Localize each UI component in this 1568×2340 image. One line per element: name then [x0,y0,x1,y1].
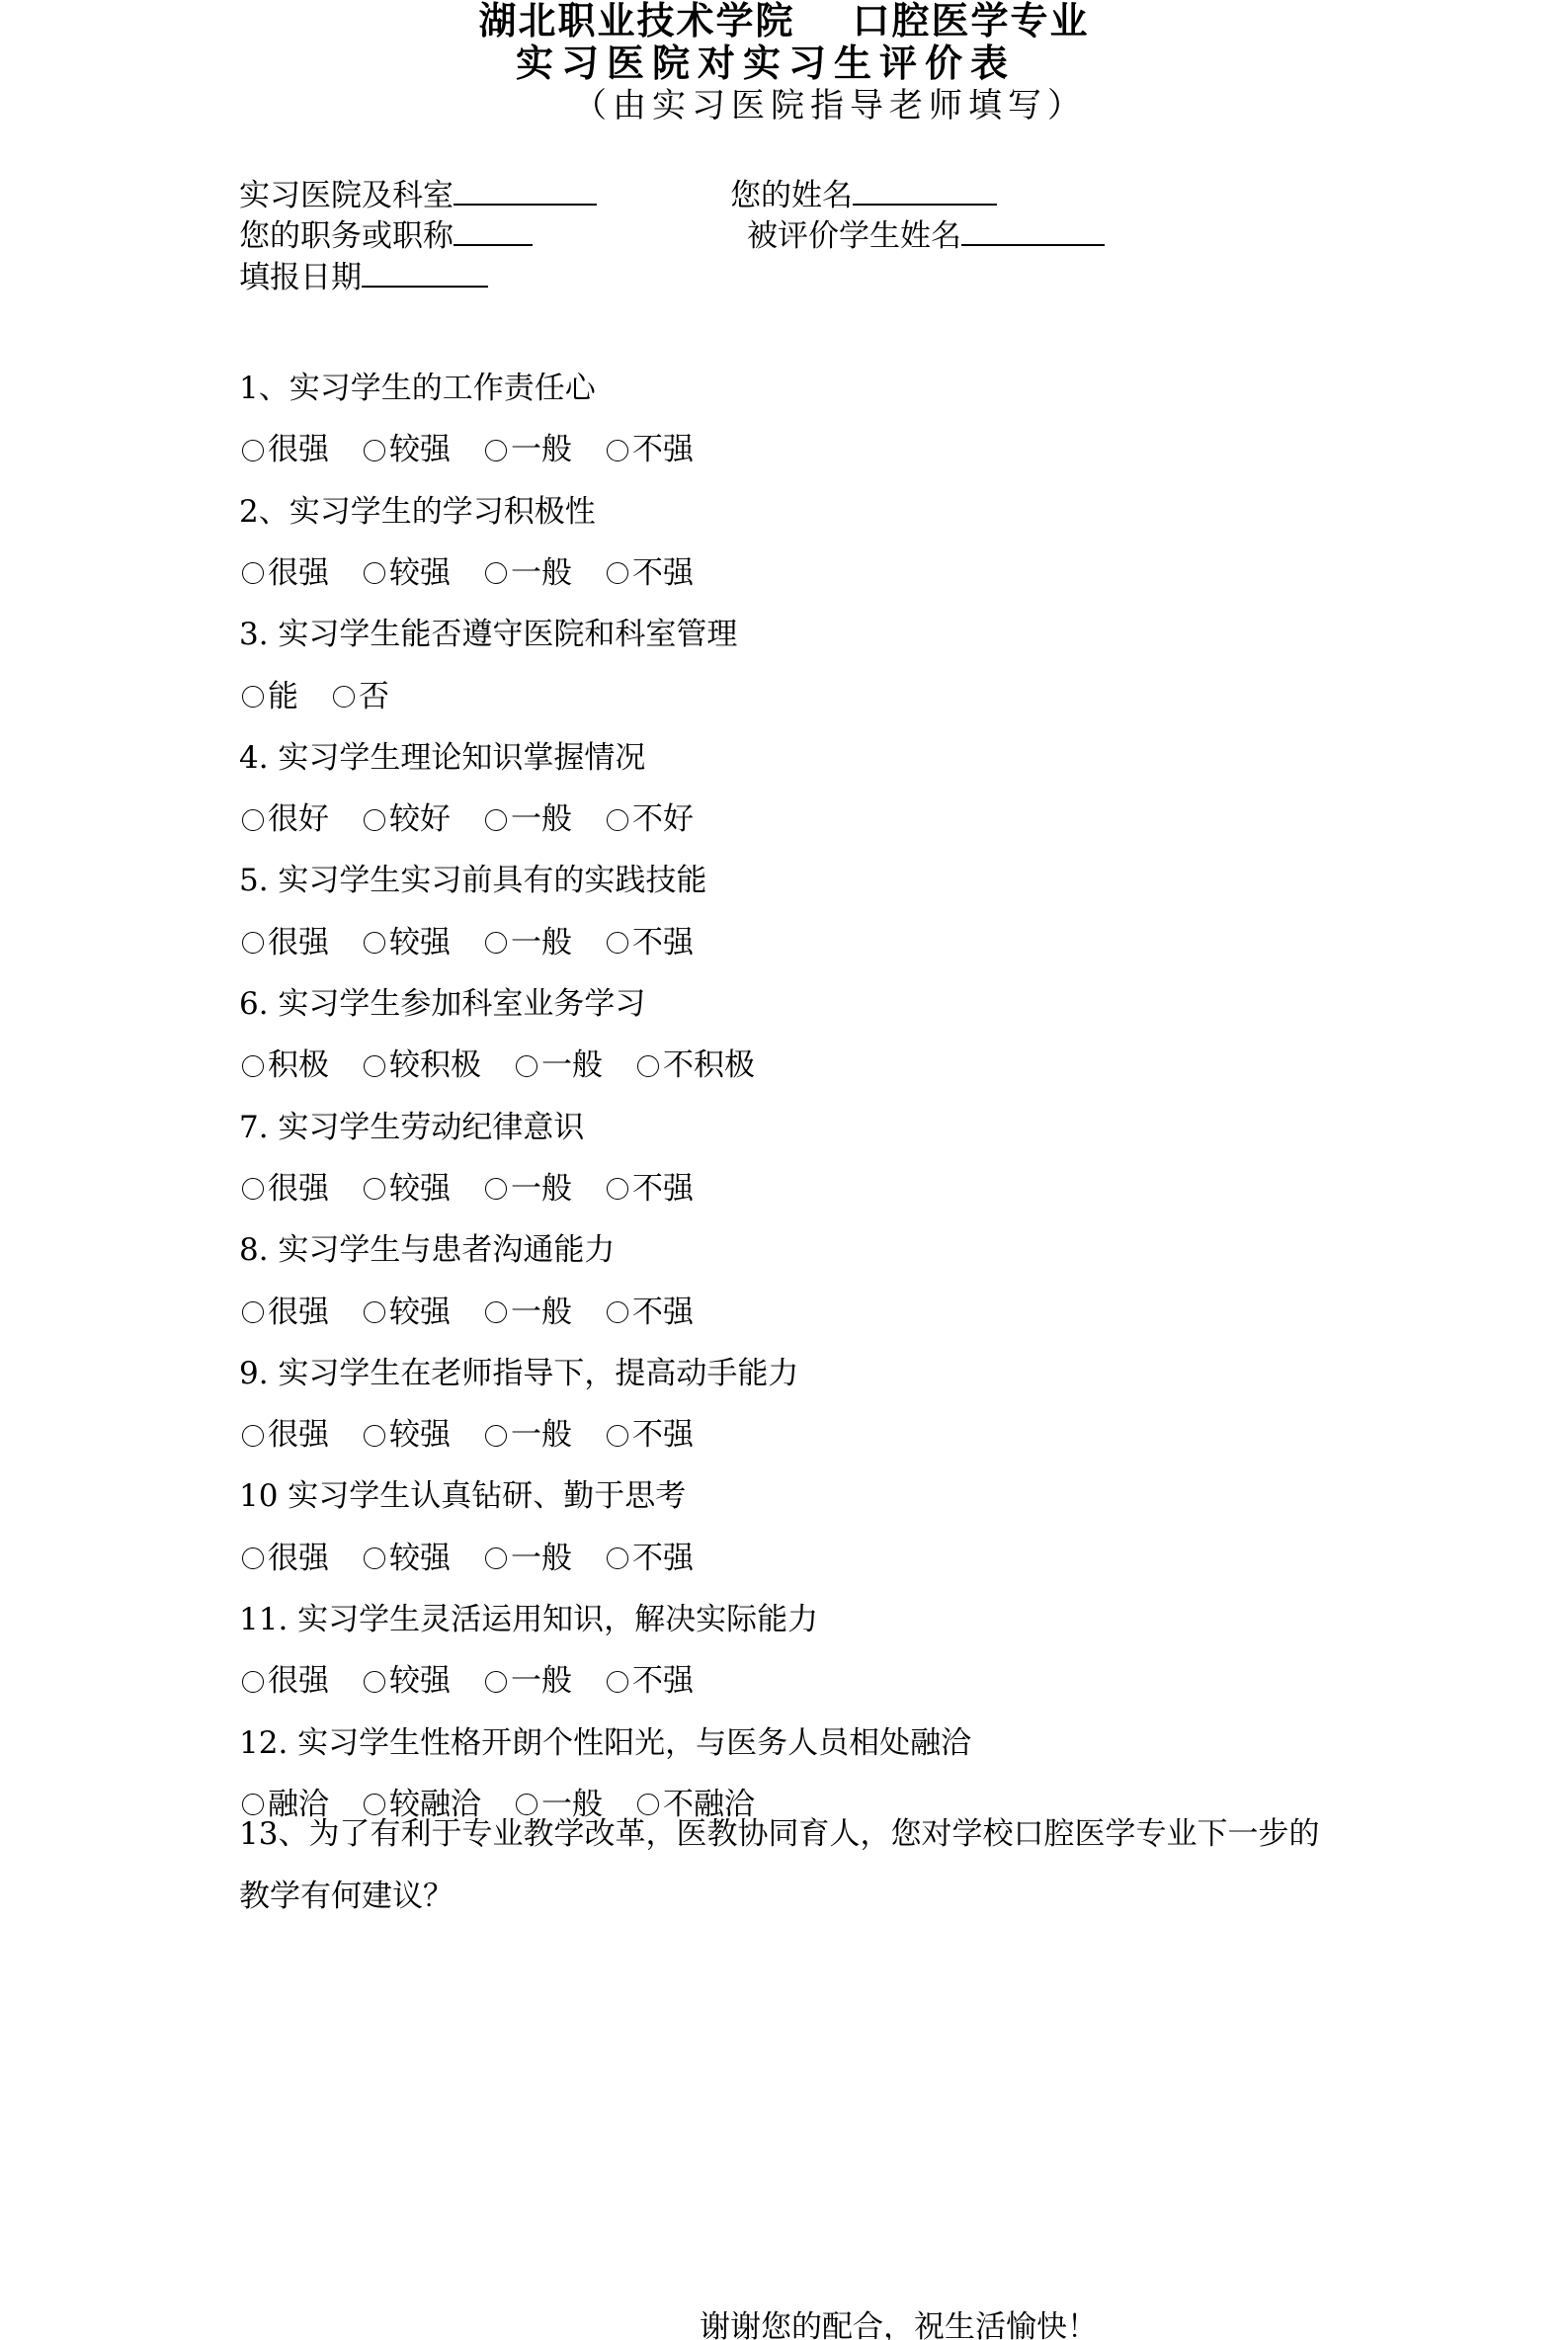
option-radio[interactable]: 否 [330,682,389,712]
radio-circle-icon[interactable] [364,562,385,584]
student-name-input[interactable] [961,218,1105,246]
school-name: 湖北职业技术学院 [478,0,794,42]
radio-circle-icon[interactable] [364,440,385,461]
radio-circle-icon[interactable] [516,1055,537,1077]
form-title-line1: 湖北职业技术学院口腔医学专业 [0,2,1568,40]
option-label: 很强 [268,1666,329,1697]
radio-circle-icon[interactable] [364,1671,385,1693]
option-radio[interactable]: 一般 [482,928,572,959]
option-label: 很强 [268,1420,329,1451]
radio-circle-icon[interactable] [364,1425,385,1447]
option-radio[interactable]: 较强 [361,1174,451,1205]
question-7-text: 7. 实习学生劳动纪律意识 [239,1113,584,1143]
option-radio[interactable]: 不强 [604,1174,694,1205]
radio-circle-icon[interactable] [333,686,355,708]
option-radio[interactable]: 不好 [604,804,694,835]
option-label: 一般 [511,928,572,959]
question-9-options: 很强较强一般不强 [239,1420,725,1451]
radio-circle-icon[interactable] [242,1425,264,1447]
option-radio[interactable]: 较强 [361,1420,451,1451]
option-radio[interactable]: 一般 [482,1174,572,1205]
radio-circle-icon[interactable] [607,1425,628,1447]
radio-circle-icon[interactable] [485,1425,507,1447]
radio-circle-icon[interactable] [485,1301,507,1323]
question-5-options: 很强较强一般不强 [239,928,725,959]
option-label: 较积极 [389,1050,481,1081]
position-title-input[interactable] [454,218,533,246]
option-label: 能 [268,682,298,712]
option-label: 较强 [389,1174,451,1205]
field-your-name: 您的姓名 [730,178,997,211]
option-radio[interactable]: 较强 [361,928,451,959]
field-fill-date: 填报日期 [239,260,488,293]
field-label: 实习医院及科室 [239,178,454,213]
radio-circle-icon[interactable] [485,1671,507,1693]
radio-circle-icon[interactable] [485,1178,507,1200]
option-label: 否 [359,682,389,712]
field-label: 填报日期 [239,260,362,295]
question-2-options: 很强较强一般不强 [239,558,725,589]
option-radio[interactable]: 一般 [482,804,572,835]
option-label: 很好 [268,804,329,835]
radio-circle-icon[interactable] [242,440,264,461]
hospital-department-input[interactable] [454,178,597,206]
option-radio[interactable]: 较强 [361,435,451,465]
radio-circle-icon[interactable] [607,809,628,831]
option-radio[interactable]: 不强 [604,1297,694,1328]
question-1-text: 1、实习学生的工作责任心 [239,374,596,404]
radio-circle-icon[interactable] [242,1178,264,1200]
question-8-text: 8. 实习学生与患者沟通能力 [239,1235,615,1266]
option-label: 不强 [632,1666,694,1697]
question-4-options: 很好较好一般不好 [239,804,725,835]
radio-circle-icon[interactable] [242,562,264,584]
question-5-text: 5. 实习学生实习前具有的实践技能 [239,866,706,896]
radio-circle-icon[interactable] [485,809,507,831]
question-6-options: 积极较积极一般不积极 [239,1050,786,1081]
radio-circle-icon[interactable] [637,1055,659,1077]
option-label: 很强 [268,558,329,589]
option-label: 较强 [389,928,451,959]
option-radio[interactable]: 较强 [361,1544,451,1574]
option-radio[interactable]: 一般 [482,435,572,465]
question-3-text: 3. 实习学生能否遵守医院和科室管理 [239,620,737,650]
form-subtitle: （由实习医院指导老师填写） [573,89,1087,123]
radio-circle-icon[interactable] [485,932,507,954]
option-label: 一般 [541,1050,603,1081]
question-11-options: 很强较强一般不强 [239,1666,725,1697]
option-radio[interactable]: 较积极 [361,1050,481,1081]
question-11-text: 11. 实习学生灵活运用知识，解决实际能力 [239,1605,818,1635]
open-question-answer-area[interactable] [239,1927,1326,2253]
question-10-text: 10 实习学生认真钻研、勤于思考 [239,1481,686,1512]
option-radio[interactable]: 能 [239,682,298,712]
option-label: 不强 [632,1544,694,1574]
radio-circle-icon[interactable] [242,809,264,831]
option-label: 较好 [389,804,451,835]
radio-circle-icon[interactable] [637,1794,659,1815]
radio-circle-icon[interactable] [364,1301,385,1323]
option-radio[interactable]: 不强 [604,928,694,959]
option-radio[interactable]: 很强 [239,435,329,465]
option-radio[interactable]: 很好 [239,804,329,835]
form-title-line2: 实习医院对实习生评价表 [0,44,1531,82]
thank-you-note: 谢谢您的配合，祝生活愉快！ [700,2312,1098,2340]
option-radio[interactable]: 较强 [361,1297,451,1328]
option-label: 很强 [268,928,329,959]
option-label: 较强 [389,1666,451,1697]
option-radio[interactable]: 不强 [604,435,694,465]
radio-circle-icon[interactable] [242,1671,264,1693]
field-position-title: 您的职务或职称 [239,218,533,252]
option-label: 不强 [632,1297,694,1328]
question-10-options: 很强较强一般不强 [239,1544,725,1574]
radio-circle-icon[interactable] [364,809,385,831]
question-7-options: 很强较强一般不强 [239,1174,725,1205]
option-label: 较强 [389,1297,451,1328]
radio-circle-icon[interactable] [607,932,628,954]
question-1-options: 很强较强一般不强 [239,435,725,465]
radio-circle-icon[interactable] [607,440,628,461]
option-label: 很强 [268,1174,329,1205]
option-label: 一般 [511,435,572,465]
option-label: 积极 [268,1050,329,1081]
option-radio[interactable]: 不强 [604,1420,694,1451]
option-radio[interactable]: 一般 [482,1666,572,1697]
radio-circle-icon[interactable] [364,1178,385,1200]
field-student-name: 被评价学生姓名 [747,218,1105,252]
option-label: 较强 [389,435,451,465]
option-radio[interactable]: 很强 [239,1420,329,1451]
radio-circle-icon[interactable] [607,562,628,584]
radio-circle-icon[interactable] [607,1301,628,1323]
option-label: 不强 [632,558,694,589]
field-hospital-department: 实习医院及科室 [239,178,597,211]
question-3-options: 能否 [239,682,421,712]
radio-circle-icon[interactable] [242,1547,264,1569]
option-radio[interactable]: 一般 [513,1050,603,1081]
field-label: 被评价学生姓名 [747,218,961,254]
question-2-text: 2、实习学生的学习积极性 [239,497,596,528]
option-label: 一般 [511,1666,572,1697]
radio-circle-icon[interactable] [607,1547,628,1569]
option-radio[interactable]: 很强 [239,1666,329,1697]
major-name: 口腔医学专业 [853,0,1090,42]
option-label: 不强 [632,1174,694,1205]
option-label: 不强 [632,928,694,959]
option-label: 不积极 [663,1050,755,1081]
option-radio[interactable]: 一般 [482,1297,572,1328]
option-label: 一般 [511,1174,572,1205]
radio-circle-icon[interactable] [242,1055,264,1077]
open-question-line2: 教学有何建议？ [239,1881,454,1912]
option-radio[interactable]: 一般 [482,558,572,589]
option-radio[interactable]: 很强 [239,1544,329,1574]
radio-circle-icon[interactable] [364,1794,385,1815]
open-question-line1: 13、为了有利于专业教学改革，医教协同育人，您对学校口腔医学专业下一步的 [239,1819,1319,1850]
option-label: 不强 [632,435,694,465]
radio-circle-icon[interactable] [242,686,264,708]
option-radio[interactable]: 不强 [604,1666,694,1697]
option-label: 一般 [511,1420,572,1451]
question-9-text: 9. 实习学生在老师指导下，提高动手能力 [239,1359,798,1389]
option-label: 较强 [389,1420,451,1451]
option-radio[interactable]: 较好 [361,804,451,835]
option-label: 一般 [511,804,572,835]
option-radio[interactable]: 较强 [361,558,451,589]
option-label: 很强 [268,1297,329,1328]
radio-circle-icon[interactable] [242,1301,264,1323]
option-radio[interactable]: 较强 [361,1666,451,1697]
question-6-text: 6. 实习学生参加科室业务学习 [239,989,645,1020]
radio-circle-icon[interactable] [242,1794,264,1815]
radio-circle-icon[interactable] [516,1794,537,1815]
option-radio[interactable]: 一般 [482,1420,572,1451]
option-label: 很强 [268,1544,329,1574]
fill-date-input[interactable] [362,260,488,288]
radio-circle-icon[interactable] [607,1178,628,1200]
option-radio[interactable]: 一般 [482,1544,572,1574]
option-radio[interactable]: 不强 [604,1544,694,1574]
radio-circle-icon[interactable] [364,1547,385,1569]
option-radio[interactable]: 积极 [239,1050,329,1081]
option-radio[interactable]: 很强 [239,1174,329,1205]
radio-circle-icon[interactable] [485,1547,507,1569]
option-label: 一般 [511,1544,572,1574]
your-name-input[interactable] [853,178,997,206]
question-4-text: 4. 实习学生理论知识掌握情况 [239,743,645,774]
radio-circle-icon[interactable] [242,932,264,954]
option-radio[interactable]: 很强 [239,558,329,589]
question-8-options: 很强较强一般不强 [239,1297,725,1328]
field-label: 您的职务或职称 [239,218,454,254]
option-radio[interactable]: 很强 [239,928,329,959]
radio-circle-icon[interactable] [364,1055,385,1077]
option-label: 不强 [632,1420,694,1451]
option-radio[interactable]: 很强 [239,1297,329,1328]
option-radio[interactable]: 不强 [604,558,694,589]
option-label: 一般 [511,1297,572,1328]
option-label: 较强 [389,558,451,589]
radio-circle-icon[interactable] [364,932,385,954]
question-12-text: 12. 实习学生性格开朗个性阳光，与医务人员相处融洽 [239,1728,971,1759]
radio-circle-icon[interactable] [607,1671,628,1693]
option-label: 不好 [632,804,694,835]
option-label: 很强 [268,435,329,465]
field-label: 您的姓名 [730,178,853,213]
radio-circle-icon[interactable] [485,562,507,584]
radio-circle-icon[interactable] [485,440,507,461]
option-label: 较强 [389,1544,451,1574]
option-label: 一般 [511,558,572,589]
option-radio[interactable]: 不积极 [634,1050,755,1081]
